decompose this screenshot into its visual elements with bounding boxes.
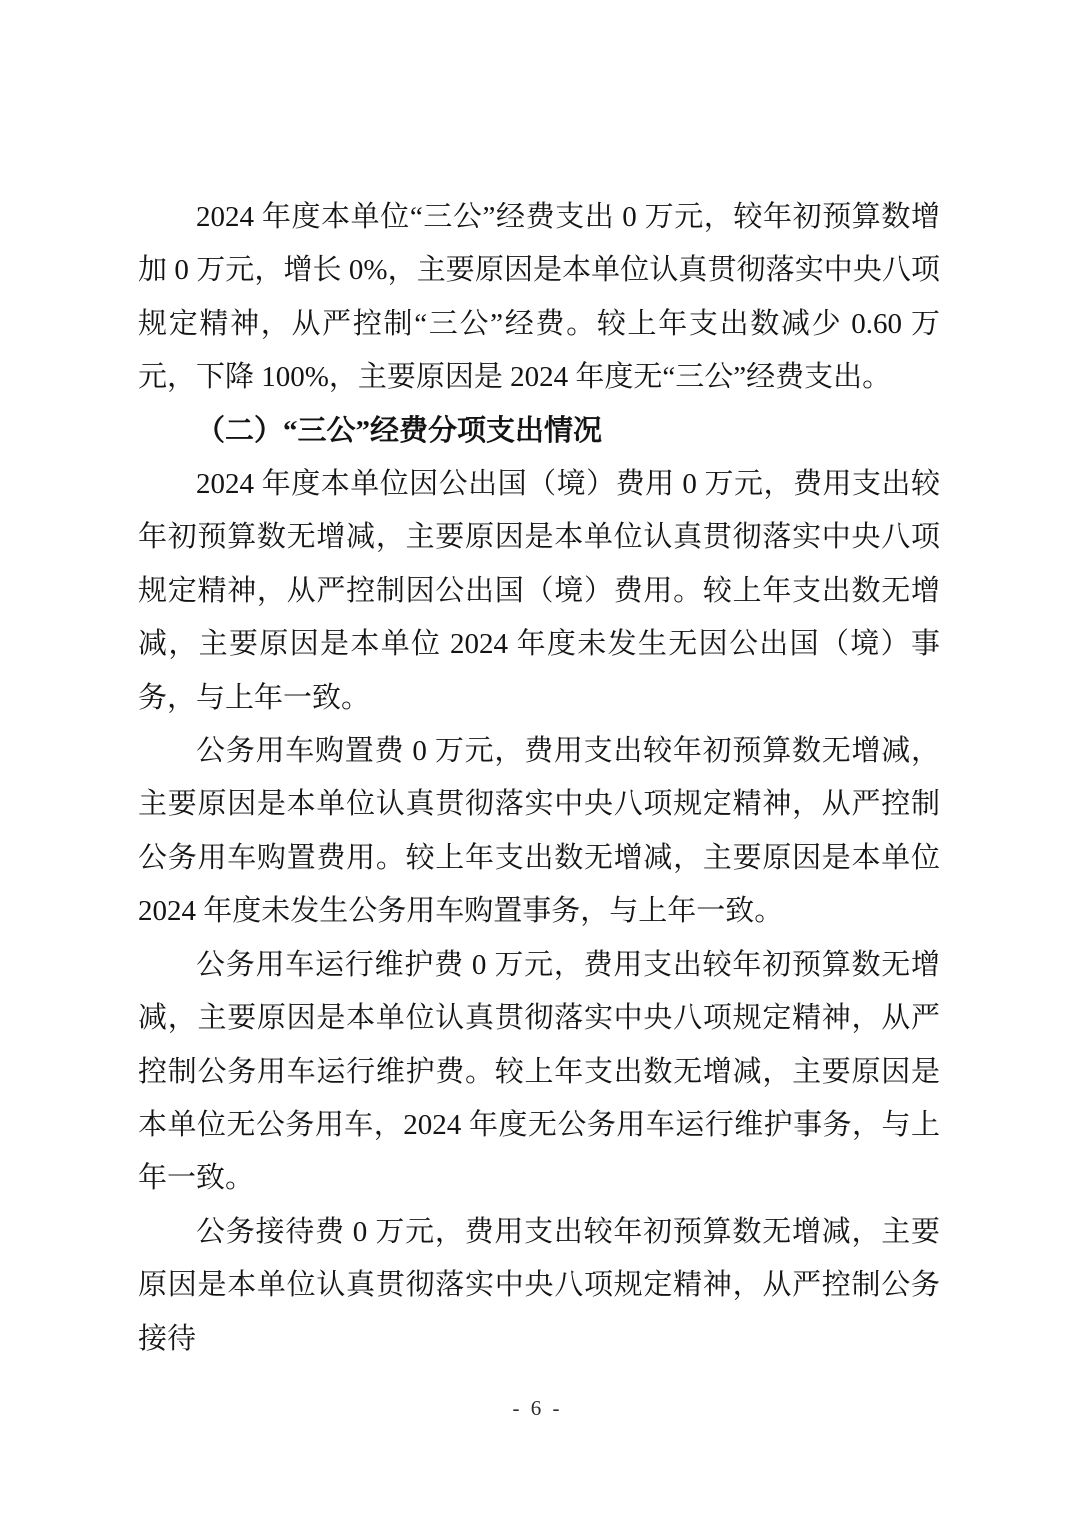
paragraph-vehicle-purchase-expense: 公务用车购置费 0 万元，费用支出较年初预算数无增减，主要原因是本单位认真贯彻落… (138, 725, 940, 939)
paragraph-overseas-travel-expense: 2024 年度本单位因公出国（境）费用 0 万元，费用支出较年初预算数无增减，主… (138, 458, 940, 725)
document-body: 2024 年度本单位“三公”经费支出 0 万元，较年初预算数增加 0 万元，增长… (138, 191, 940, 1366)
document-page: 2024 年度本单位“三公”经费支出 0 万元，较年初预算数增加 0 万元，增长… (0, 0, 1075, 1520)
paragraph-official-reception-expense: 公务接待费 0 万元，费用支出较年初预算数无增减，主要原因是本单位认真贯彻落实中… (138, 1206, 940, 1366)
paragraph-sangong-total-expense: 2024 年度本单位“三公”经费支出 0 万元，较年初预算数增加 0 万元，增长… (138, 191, 940, 405)
section-heading-sangong-itemized: （二）“三公”经费分项支出情况 (138, 405, 940, 458)
page-number: - 6 - (0, 1396, 1075, 1421)
paragraph-vehicle-maintenance-expense: 公务用车运行维护费 0 万元，费用支出较年初预算数无增减，主要原因是本单位认真贯… (138, 939, 940, 1206)
